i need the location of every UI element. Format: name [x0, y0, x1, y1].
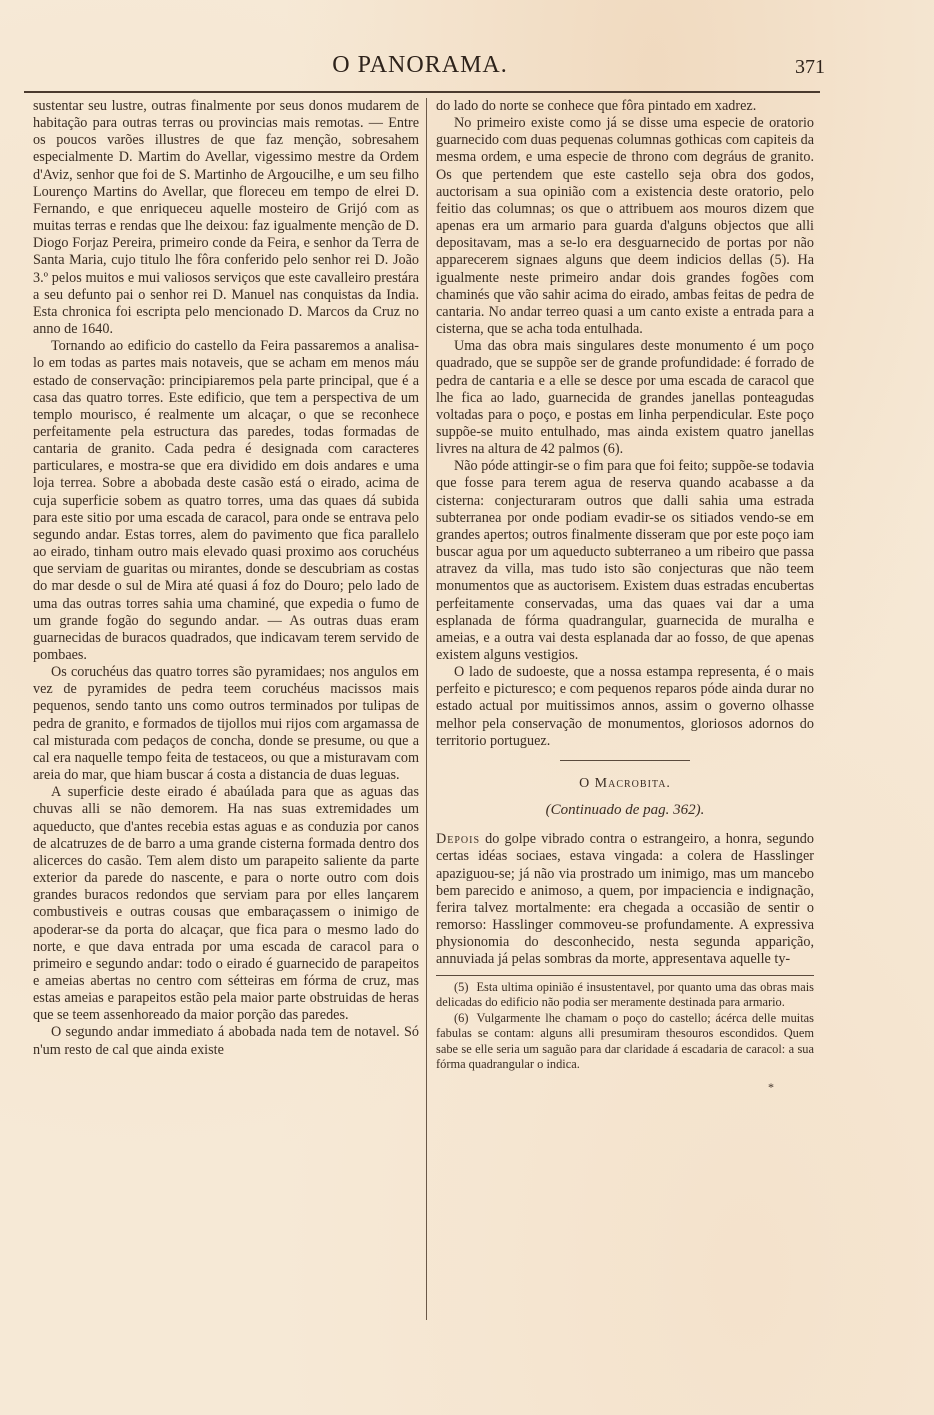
right-column: do lado do norte se conhece que fôra pin… [436, 98, 814, 1096]
journal-title: O PANORAMA. [20, 52, 820, 79]
paragraph: A superficie deste eirado é abaúlada par… [33, 784, 419, 1024]
running-head: O PANORAMA. 371 [20, 46, 820, 86]
section-paragraph: Depois do golpe vibrado contra o estrang… [436, 831, 814, 968]
footnotes: (5)Esta ultima opinião é insustentavel, … [436, 980, 814, 1073]
left-column: sustentar seu lustre, outras finalmente … [33, 98, 419, 1059]
footnote-mark: (5) [454, 980, 468, 994]
footnote-mark: (6) [454, 1011, 468, 1025]
paragraph: O segundo andar immediato á abobada nada… [33, 1024, 419, 1058]
section-body: do golpe vibrado contra o estrangeiro, a… [436, 831, 814, 967]
footnote: (6)Vulgarmente lhe chamam o poço do cast… [436, 1011, 814, 1073]
section-divider [560, 760, 690, 761]
section-title: O Macrobita. [436, 775, 814, 792]
page-number: 371 [795, 56, 825, 79]
header-rule [24, 91, 820, 93]
footnote: (5)Esta ultima opinião é insustentavel, … [436, 980, 814, 1011]
paragraph: do lado do norte se conhece que fôra pin… [436, 98, 814, 115]
paragraph: Tornando ao edificio do castello da Feir… [33, 338, 419, 664]
paragraph: Os coruchéus das quatro torres são pyram… [33, 664, 419, 784]
paragraph: O lado de sudoeste, que a nossa estampa … [436, 664, 814, 750]
newspaper-page: O PANORAMA. 371 sustentar seu lustre, ou… [0, 0, 934, 1415]
lead-word: Depois [436, 831, 480, 847]
paragraph: sustentar seu lustre, outras finalmente … [33, 98, 419, 338]
paragraph: Uma das obra mais singulares deste monum… [436, 338, 814, 458]
footnote-text: Vulgarmente lhe chamam o poço do castell… [436, 1011, 814, 1072]
paragraph: Não póde attingir-se o fim para que foi … [436, 458, 814, 664]
section-subtitle: (Continuado de pag. 362). [436, 802, 814, 819]
footnote-rule [436, 975, 814, 976]
footnote-text: Esta ultima opinião é insustentavel, por… [436, 980, 814, 1010]
column-divider [426, 98, 427, 1320]
paragraph: No primeiro existe como já se disse uma … [436, 115, 814, 338]
end-asterisk: * [436, 1079, 814, 1096]
